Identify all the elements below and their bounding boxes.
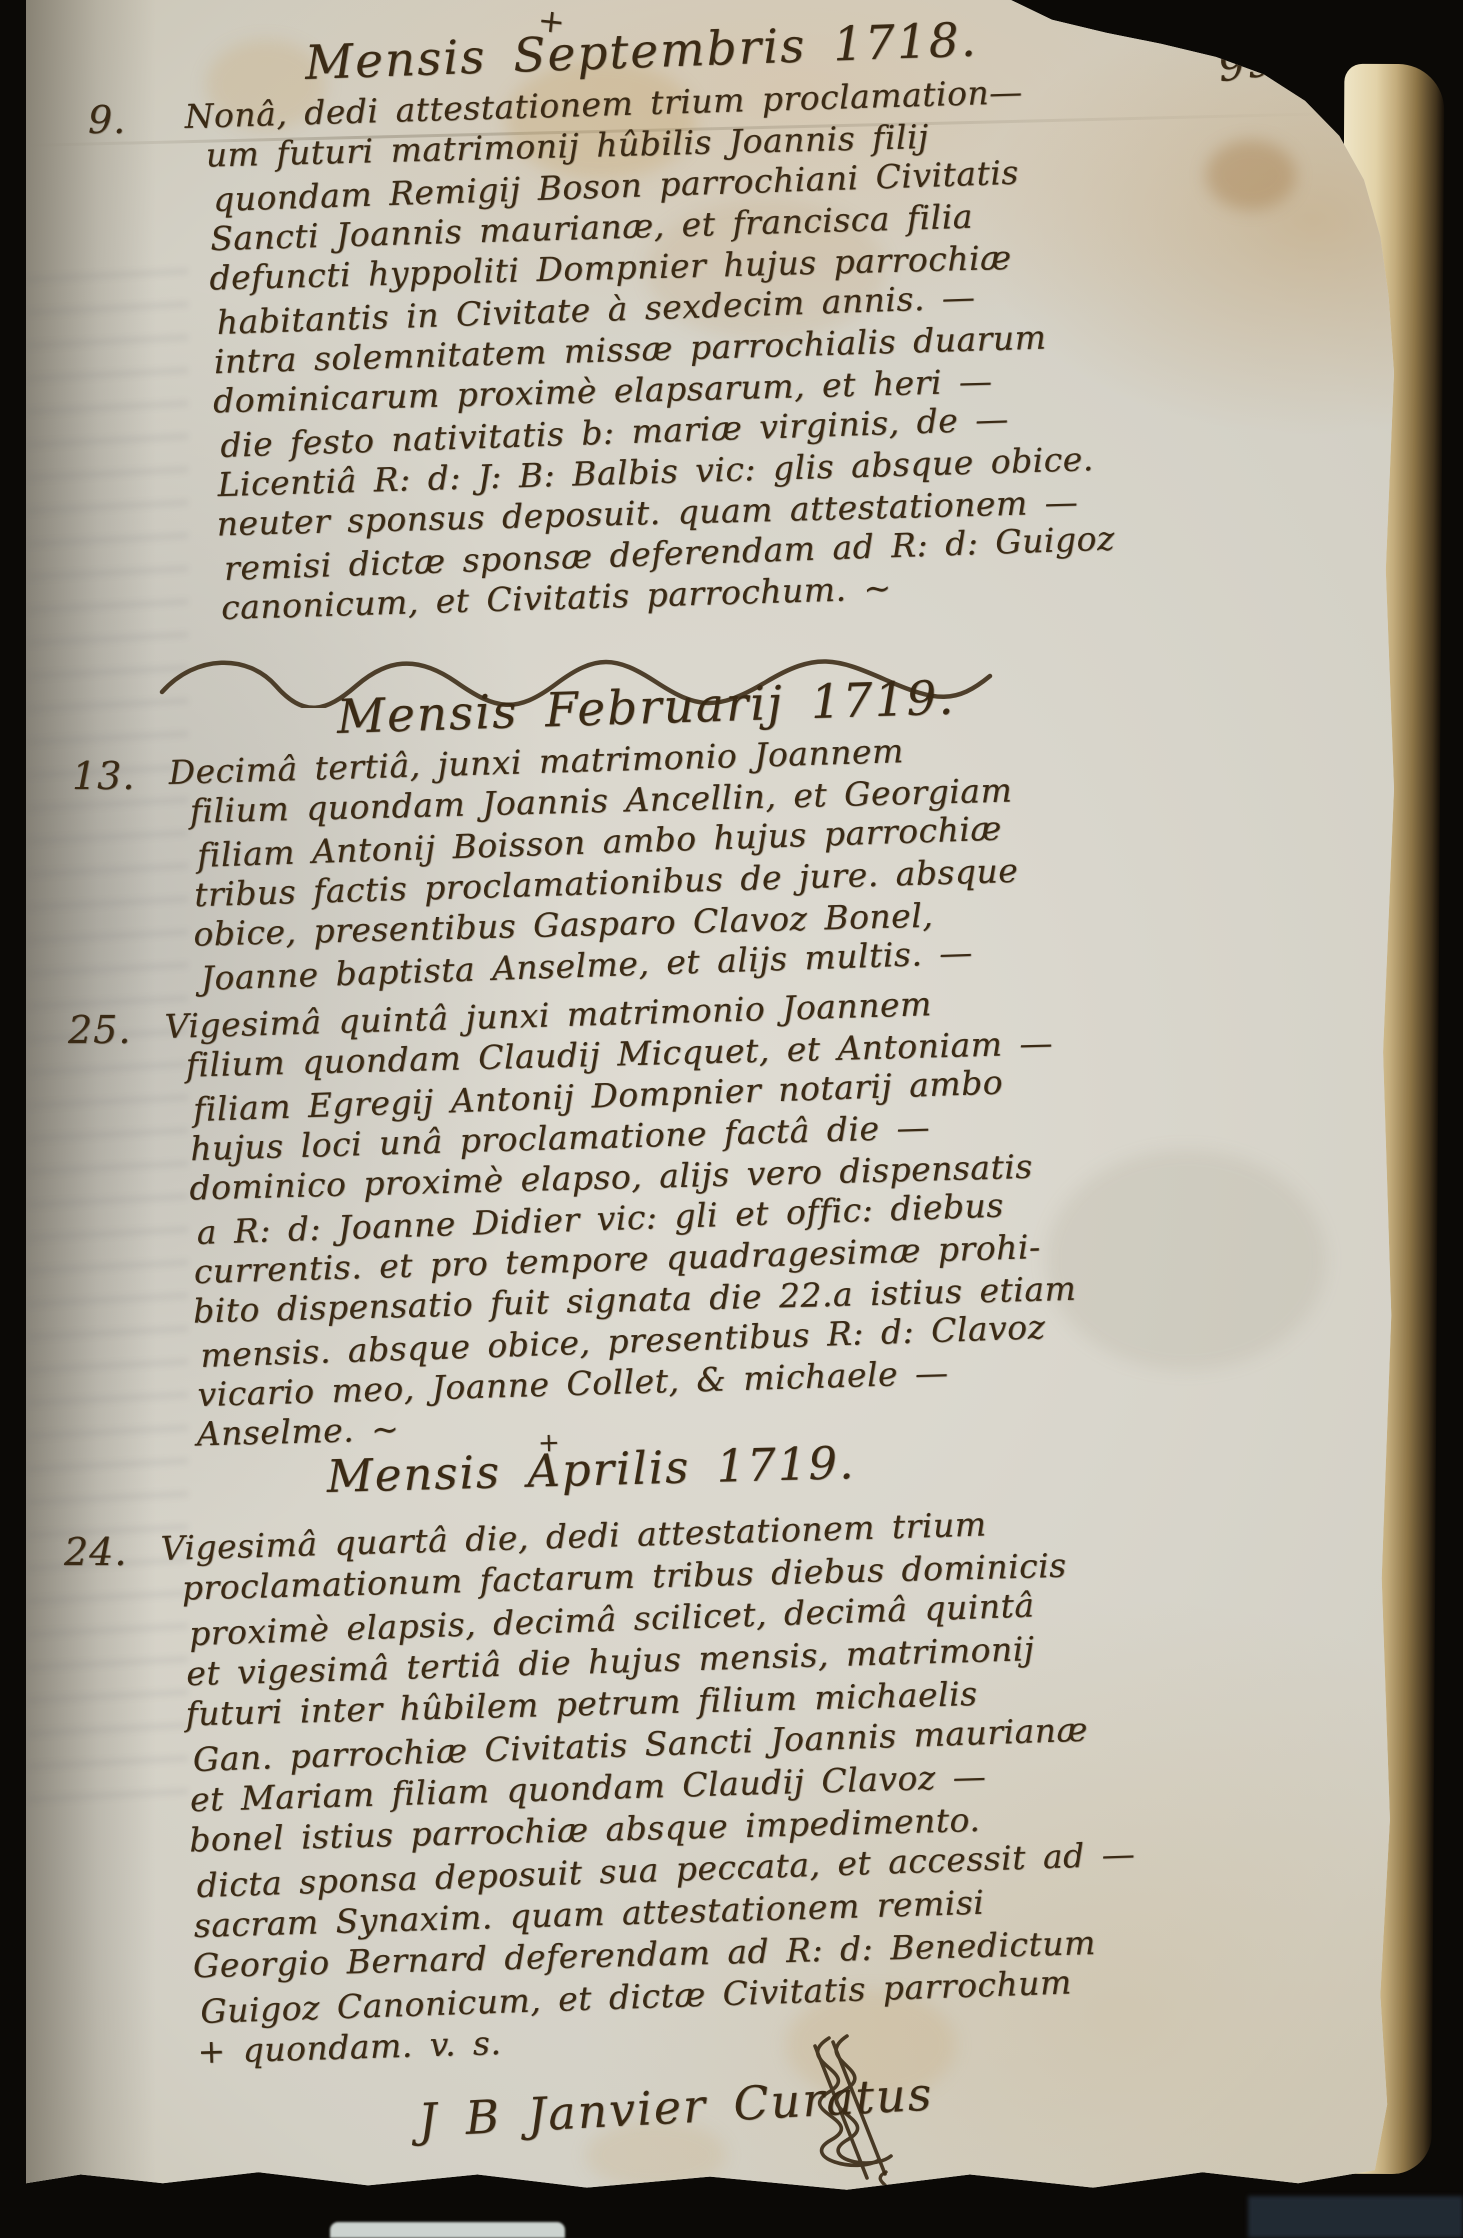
heading-cross: + — [538, 1428, 563, 1459]
paper-stain — [1206, 140, 1296, 210]
register-entry-24: 24. Vigesimâ quartâ die, dedi attestatio… — [64, 1528, 1121, 2074]
entry-day-number: 24. — [64, 1528, 160, 1574]
entry-text: Vigesimâ quintâ junxi matrimonio Joannem… — [164, 979, 1082, 1457]
binding-cloth-corner — [1248, 2196, 1463, 2238]
entry-day-number: 13. — [72, 752, 168, 798]
entry-text: Vigesimâ quartâ die, dedi attestationem … — [160, 1499, 1137, 2073]
page-number: 99. — [1215, 34, 1293, 92]
register-entry-13: 13. Decimâ tertiâ, junxi matrimonio Joan… — [72, 752, 1014, 998]
signature-paraph-flourish — [771, 2028, 921, 2188]
register-entry-9: 9. Nonâ, dedi attestationem trium procla… — [88, 96, 1097, 629]
entry-text: Nonâ, dedi attestationem trium proclamat… — [184, 69, 1113, 629]
paper-stain — [1046, 1150, 1326, 1370]
entry-day-number: 9. — [88, 96, 184, 142]
manuscript-page: + 99. Mensis Septembris 1718. 9. Nonâ, d… — [26, 0, 1394, 2192]
entry-text: Decimâ tertiâ, junxi matrimonio Joannem … — [168, 727, 1021, 998]
under-page-sliver — [330, 2222, 565, 2238]
small-flourish — [858, 2168, 914, 2232]
register-entry-25: 25. Vigesimâ quintâ junxi matrimonio Joa… — [68, 1006, 1069, 1457]
entry-day-number: 25. — [68, 1006, 164, 1052]
